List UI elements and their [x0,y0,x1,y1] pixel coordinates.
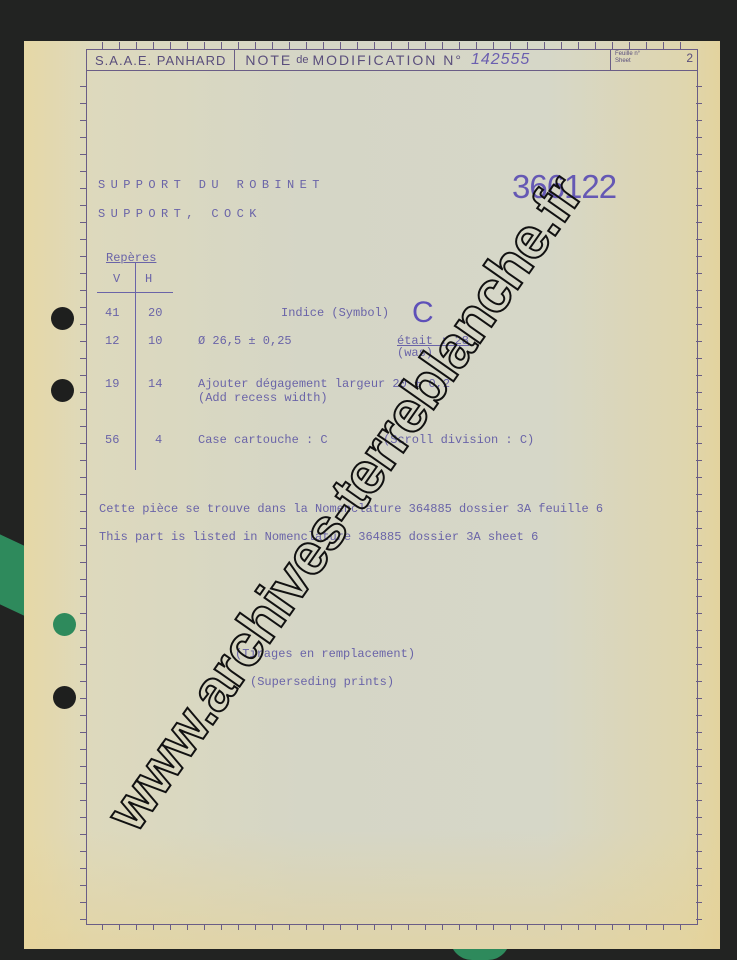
row-h: 4 [155,433,162,447]
row-text: Indice (Symbol) [281,306,389,320]
row-v: 19 [105,377,119,391]
punch-hole [51,379,74,402]
part-title-en: SUPPORT, COCK [98,207,262,221]
part-title-fr: SUPPORT DU ROBINET [98,178,325,192]
sheet-label-fr: Feuille n° [615,51,640,58]
ruler-ticks-top [86,42,696,49]
punch-hole [53,613,76,636]
row-text: Ø 26,5 ± 0,25 [198,334,292,348]
note-label-modification: MODIFICATION N° [312,52,462,68]
row-v: 41 [105,306,119,320]
sheet-label: Feuille n° Sheet [615,51,640,65]
punch-hole [53,686,76,709]
row-h: 20 [148,306,162,320]
background-green-band [0,534,24,615]
note-label: NOTE [245,52,292,68]
note-title: NOTE de MODIFICATION N° 142555 [235,50,611,70]
reperes-heading: Repères [106,251,156,265]
form-header: S.A.A.E. PANHARD NOTE de MODIFICATION N°… [86,49,698,71]
row-v: 12 [105,334,119,348]
sheet-label-en: Sheet [615,58,640,65]
row-text-en: (Add recess width) [198,391,328,405]
row-h: 14 [148,377,162,391]
note-number: 142555 [471,51,530,69]
table-column-line [135,262,136,470]
column-h: H [145,272,152,286]
punch-hole [51,307,74,330]
sheet-box: Feuille n° Sheet 2 [611,50,697,70]
row-h: 10 [148,334,162,348]
company-name: S.A.A.E. PANHARD [87,50,235,70]
row-text: Case cartouche : C [198,433,328,447]
row-v: 56 [105,433,119,447]
column-v: V [113,272,120,286]
prints-en: (Superseding prints) [250,675,394,689]
note-label-de: de [296,54,308,66]
sheet-number: 2 [686,51,693,65]
